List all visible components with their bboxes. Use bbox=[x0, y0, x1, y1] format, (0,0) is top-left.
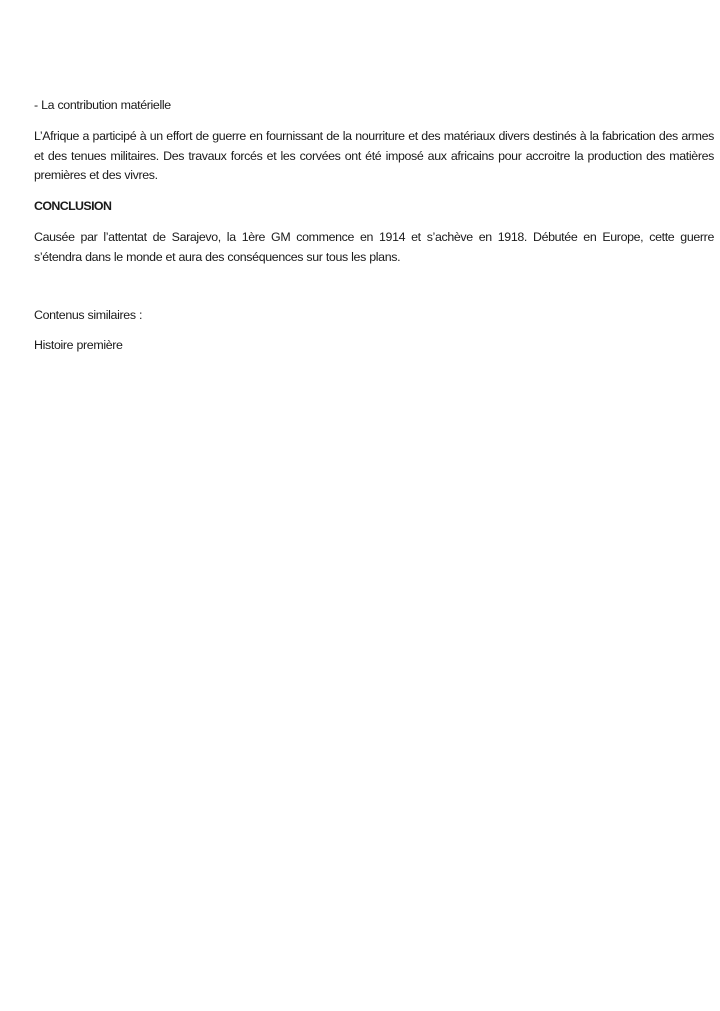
subsection-title: - La contribution matérielle bbox=[34, 96, 714, 116]
document-page: - La contribution matérielle L’Afrique a… bbox=[34, 96, 714, 356]
related-content-link[interactable]: Histoire première bbox=[34, 336, 714, 356]
paragraph-conclusion: Causée par l’attentat de Sarajevo, la 1è… bbox=[34, 228, 714, 268]
paragraph-material-contribution: L’Afrique a participé à un effort de gue… bbox=[34, 127, 714, 186]
related-contents-label: Contenus similaires : bbox=[34, 306, 714, 326]
conclusion-heading: CONCLUSION bbox=[34, 197, 714, 217]
